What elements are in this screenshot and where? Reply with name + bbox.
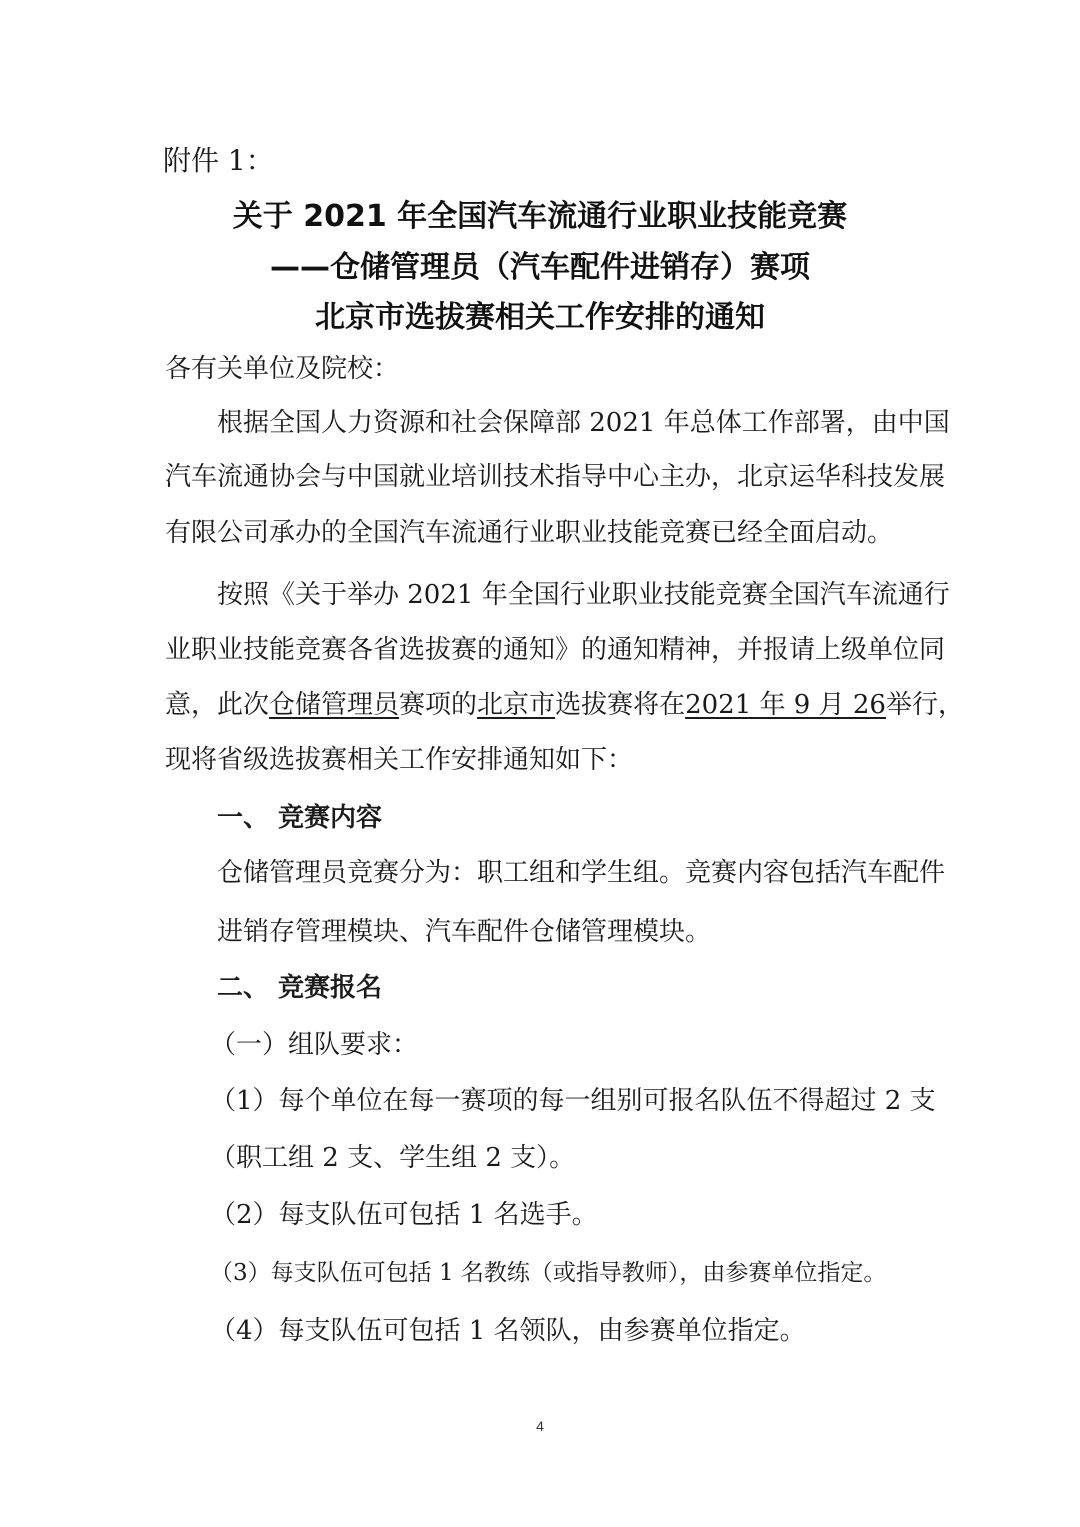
section2-heading: 二、 竞赛报名 bbox=[217, 973, 382, 1003]
underlined-date: 2021 年 9 月 26 bbox=[685, 690, 886, 720]
para1-line3: 有限公司承办的全国汽车流通行业职业技能竞赛已经全面启动。 bbox=[165, 518, 893, 548]
underlined-city: 北京市 bbox=[477, 690, 555, 720]
section1-line1: 仓储管理员竞赛分为：职工组和学生组。竞赛内容包括汽车配件 bbox=[217, 858, 913, 888]
para2-line2: 业职业技能竞赛各省选拔赛的通知》的通知精神，并报请上级单位同 bbox=[165, 635, 913, 665]
team-rule-1: （1）每个单位在每一赛项的每一组别可报名队伍不得超过 2 支 bbox=[210, 1086, 916, 1116]
team-rule-1-cont: （职工组 2 支、学生组 2 支）。 bbox=[210, 1143, 575, 1173]
para2-line3: 意，此次仓储管理员赛项的北京市选拔赛将在2021 年 9 月 26举行， bbox=[165, 690, 964, 720]
para2-line4: 现将省级选拔赛相关工作安排通知如下： bbox=[165, 745, 633, 775]
para2-line3-text-d: 举行， bbox=[886, 690, 964, 720]
section1-line2: 进销存管理模块、汽车配件仓储管理模块。 bbox=[217, 917, 711, 947]
para1-line1: 根据全国人力资源和社会保障部 2021 年总体工作部署，由中国 bbox=[217, 408, 913, 438]
para2-line1: 按照《关于举办 2021 年全国行业职业技能竞赛全国汽车流通行 bbox=[217, 580, 913, 610]
section1-heading: 一、 竞赛内容 bbox=[217, 803, 382, 833]
title-line-1: 关于 2021 年全国汽车流通行业职业技能竞赛 bbox=[0, 199, 1080, 235]
document-page: 附件 1： 关于 2021 年全国汽车流通行业职业技能竞赛 ——仓储管理员（汽车… bbox=[0, 0, 1080, 1527]
team-rule-2: （2）每支队伍可包括 1 名选手。 bbox=[210, 1200, 598, 1230]
page-number: 4 bbox=[0, 1418, 1080, 1434]
salutation: 各有关单位及院校： bbox=[165, 354, 399, 384]
para2-line3-text-a: 意，此次 bbox=[165, 690, 269, 720]
title-line-3: 北京市选拔赛相关工作安排的通知 bbox=[0, 300, 1080, 336]
team-rule-3: （3）每支队伍可包括 1 名教练（或指导教师），由参赛单位指定。 bbox=[210, 1258, 886, 1288]
para2-line3-text-b: 赛项的 bbox=[399, 690, 477, 720]
para2-line3-text-c: 选拔赛将在 bbox=[555, 690, 685, 720]
title-line-2: ——仓储管理员（汽车配件进销存）赛项 bbox=[0, 250, 1080, 286]
team-rule-4: （4）每支队伍可包括 1 名领队，由参赛单位指定。 bbox=[210, 1316, 806, 1346]
underlined-event-name: 仓储管理员 bbox=[269, 690, 399, 720]
section2-sub1: （一）组队要求： bbox=[210, 1030, 418, 1060]
para1-line2: 汽车流通协会与中国就业培训技术指导中心主办，北京运华科技发展 bbox=[165, 462, 913, 492]
attachment-label: 附件 1： bbox=[163, 146, 274, 176]
